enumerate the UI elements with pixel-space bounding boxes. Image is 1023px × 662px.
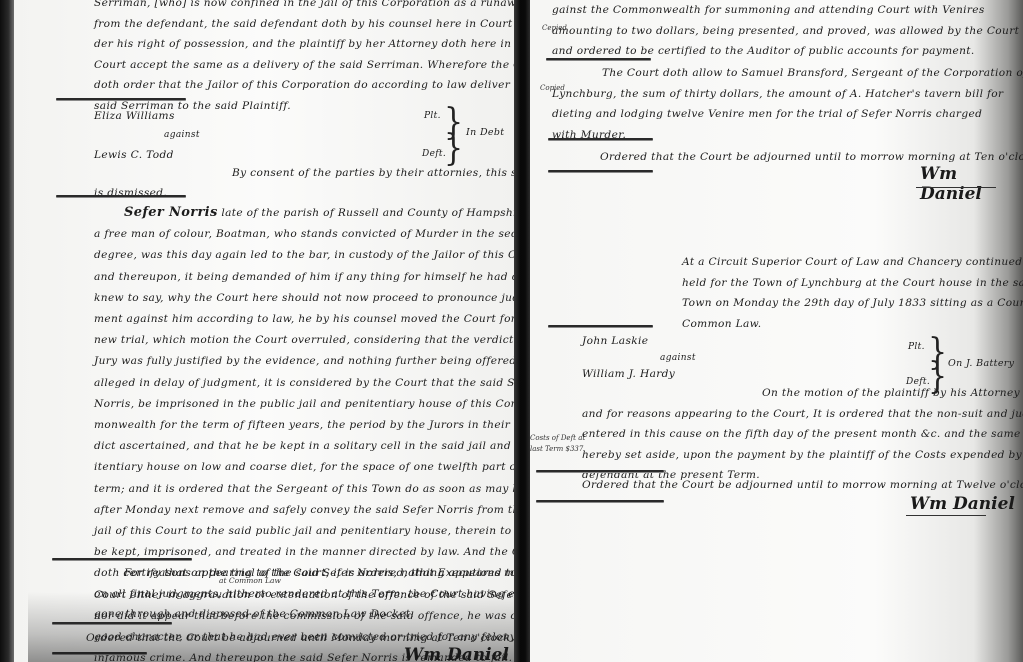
section-divider (56, 98, 186, 100)
text-line: Common Law. (682, 314, 1023, 335)
right-page: Cepied gainst the Commonwealth for summo… (530, 0, 1023, 662)
brace-icon: } (444, 131, 463, 167)
text-line: For reasons appearing to the Court, it i… (94, 563, 514, 584)
text-line: ment against him according to law, he by… (94, 309, 514, 330)
section-divider (536, 500, 664, 502)
deft-label: Deft. (422, 144, 446, 165)
margin-note: Costs of Deft at last Term $337 (530, 433, 585, 455)
section-divider (52, 652, 147, 654)
section-divider (56, 195, 186, 197)
text-line: jail of this Court to the said public ja… (94, 521, 514, 542)
text-line: late of the parish of Russell and County… (221, 207, 514, 219)
text-line: itentiary house on low and coarse diet, … (94, 457, 514, 478)
plt-label: Plt. (424, 106, 441, 127)
plt-label: Plt. (908, 337, 925, 358)
text-line: dict ascertained, and that he be kept in… (94, 436, 514, 457)
defendant-name: William J. Hardy (582, 364, 675, 385)
text-line: Town on Monday the 29th day of July 1833… (682, 293, 1023, 314)
text-line: dieting and lodging twelve Venire men fo… (552, 104, 1023, 125)
section-divider (548, 325, 653, 327)
text-line: after Monday next remove and safely conv… (94, 500, 514, 521)
text-line: Lynchburg, the sum of thirty dollars, th… (552, 84, 1023, 105)
signature-underline (906, 515, 986, 516)
text-line: from the defendant, the said defendant d… (94, 14, 514, 35)
text-line: degree, was this day again led to the ba… (94, 245, 514, 266)
text-line: entered in this cause on the fifth day o… (582, 424, 1023, 445)
margin-note-line: Costs of Deft at (530, 433, 585, 444)
judge-signature: Wm Daniel (920, 164, 1023, 204)
text-line: Serriman, [who] is now confined in the j… (94, 0, 514, 14)
text-line: new trial, which motion the Court overru… (94, 330, 514, 351)
action-type: On J. Battery (948, 354, 1014, 375)
text-line: The Court doth allow to Samuel Bransford… (552, 63, 1023, 84)
left-page: Serriman, [who] is now confined in the j… (14, 0, 514, 662)
signature-underline (916, 187, 996, 188)
action-type: In Debt (466, 123, 504, 144)
text-line: gainst the Commonwealth for summoning an… (552, 0, 1019, 21)
text-line: At a Circuit Superior Court of Law and C… (682, 252, 1023, 273)
text-line: a free man of colour, Boatman, who stand… (94, 224, 514, 245)
text-line: held for the Town of Lynchburg at the Co… (682, 273, 1023, 294)
continuation-paragraph: gainst the Commonwealth for summoning an… (552, 0, 1019, 62)
adjournment-order: Ordered that the Court be adjourned unti… (582, 475, 1023, 496)
section-divider (546, 58, 651, 60)
text-line: der his right of possession, and the pla… (94, 34, 514, 55)
order-line: By consent of the parties by their attor… (232, 163, 514, 184)
text-line: Court accept the same as a delivery of t… (94, 55, 514, 76)
judge-signature: Wm Daniel (910, 494, 1015, 514)
section-divider (52, 622, 172, 624)
book-gutter (514, 0, 530, 662)
plaintiff-name: Eliza Williams (94, 106, 175, 127)
allowance-order-paragraph: The Court doth allow to Samuel Bransford… (552, 63, 1023, 145)
session-heading-paragraph: At a Circuit Superior Court of Law and C… (682, 252, 1023, 334)
text-line: alleged in delay of judgment, it is cons… (94, 373, 514, 394)
text-line: On the motion of the plaintiff by his At… (582, 383, 1023, 404)
text-line: monwealth for the term of fifteen years,… (94, 415, 514, 436)
text-line: with Murder. (552, 125, 1023, 146)
section-divider (548, 138, 653, 140)
text-line: Norris, be imprisoned in the public jail… (94, 394, 514, 415)
executions-order-paragraph: For reasons appearing to the Court, it i… (94, 563, 514, 625)
text-line: doth order that the Jailor of this Corpo… (94, 75, 514, 96)
text-line: and for reasons appearing to the Court, … (582, 404, 1023, 425)
order-line: is dismissed. (94, 183, 167, 204)
text-line: be kept, imprisoned, and treated in the … (94, 542, 514, 563)
section-divider (548, 170, 653, 172)
text-line: hereby set aside, upon the payment by th… (582, 445, 1023, 466)
section-divider (52, 558, 192, 560)
text-line: Jury was fully justified by the evidence… (94, 351, 514, 372)
against-label: against (164, 125, 200, 146)
plaintiff-name: John Laskie (582, 331, 648, 352)
text-line: knew to say, why the Court here should n… (94, 288, 514, 309)
defendant-heading-name: Sefer Norris (94, 205, 218, 220)
defendant-name: Lewis C. Todd (94, 145, 174, 166)
text-line: term; and it is ordered that the Sergean… (94, 479, 514, 500)
scan-left-edge (0, 0, 14, 662)
text-line: amounting to two dollars, being presente… (552, 21, 1019, 42)
text-line: and thereupon, it being demanded of him … (94, 267, 514, 288)
judge-signature: Wm Daniel (404, 645, 509, 662)
text-line: on all final judgments, hitherto rendere… (94, 584, 514, 605)
margin-note-line: last Term $337 (530, 444, 585, 455)
scanned-page-spread: Serriman, [who] is now confined in the j… (0, 0, 1023, 662)
section-divider (536, 470, 664, 472)
